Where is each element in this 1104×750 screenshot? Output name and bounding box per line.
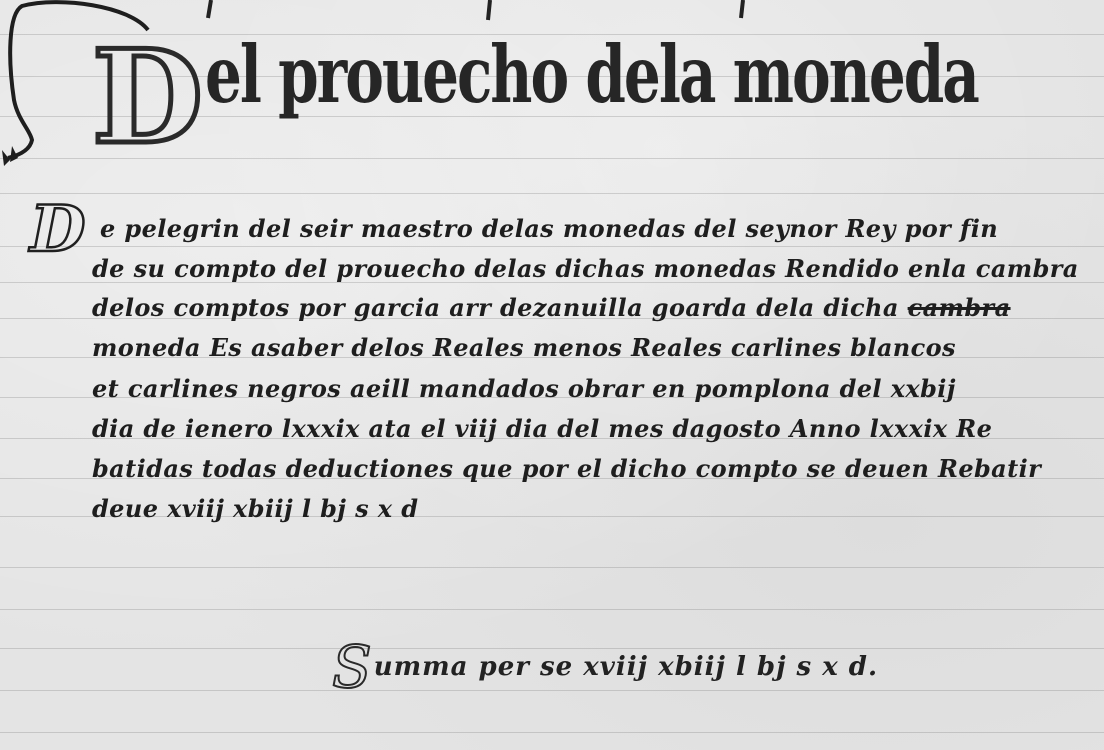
manuscript-page: D el prouecho dela moneda D e pelegrin d… [0, 0, 1104, 750]
ruling-line [0, 246, 1104, 247]
ruling-line [0, 609, 1104, 610]
entry-line-7: batidas todas deductiones que por el dic… [92, 454, 1041, 483]
struck-word: cambra [908, 293, 1011, 322]
entry-line-1: e pelegrin del seir maestro delas moneda… [100, 214, 998, 243]
entry-line-4: moneda Es asaber delos Reales menos Real… [92, 333, 956, 362]
ruling-line [0, 567, 1104, 568]
entry-line-2: de su compto del prouecho delas dichas m… [92, 254, 1079, 283]
entry-initial: D [30, 198, 86, 262]
entry-line-6: dia de ienero lxxxix ata el viij dia del… [92, 414, 992, 443]
entry-line-8: deue xviij xbiij l bj s x d [92, 494, 418, 523]
entry-line-3: delos comptos por garcia arr dezanuilla … [92, 293, 1011, 322]
heading-text: el prouecho dela moneda [205, 29, 978, 121]
summa-text: umma per se xviij xbiij l bj s x d. [374, 652, 878, 682]
entry-line-3-text: delos comptos por garcia arr dezanuilla … [92, 293, 899, 322]
ruling-line [0, 193, 1104, 194]
ruling-line [0, 732, 1104, 733]
summa-initial: S [332, 638, 372, 696]
rubric-heading: D el prouecho dela moneda [92, 28, 978, 156]
heading-initial: D [92, 34, 203, 162]
entry-line-5: et carlines negros aeill mandados obrar … [92, 374, 956, 403]
summa-total-line: S umma per se xviij xbiij l bj s x d. [332, 638, 878, 696]
